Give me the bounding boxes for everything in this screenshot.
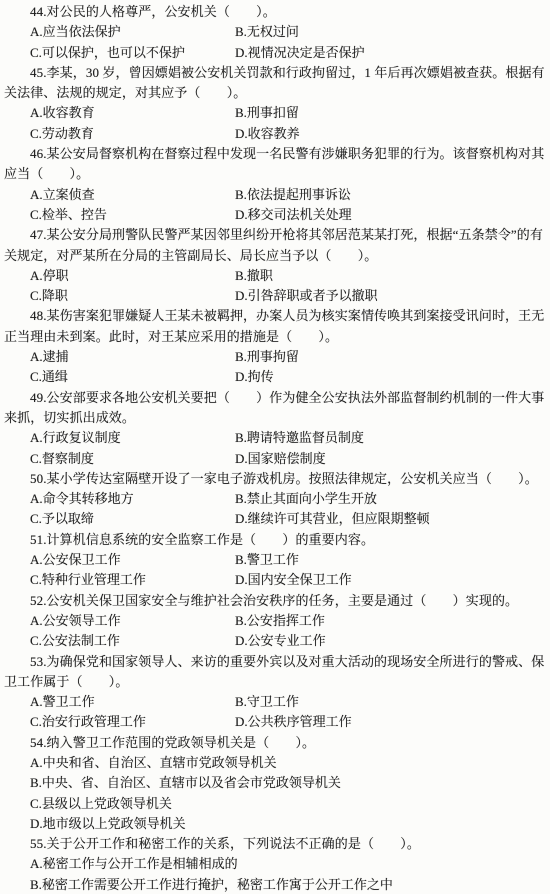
option-b: B.中央、省、自治区、直辖市以及省会市党政领导机关 <box>4 773 545 793</box>
option-a: A.应当依法保护 <box>30 22 235 42</box>
question-stem: 53.为确保党和国家领导人、来访的重要外宾以及对重大活动的现场安全所进行的警戒、… <box>4 652 545 693</box>
option-c: C.检举、控告 <box>30 205 235 225</box>
option-row: C.督察制度D.国家赔偿制度 <box>4 449 545 469</box>
option-a: A.立案侦查 <box>30 185 235 205</box>
option-b: B.秘密工作需要公开工作进行掩护，秘密工作寓于公开工作之中 <box>4 875 545 894</box>
option-row: C.通缉D.拘传 <box>4 367 545 387</box>
option-a: A.收容教育 <box>30 103 235 123</box>
option-a: A.警卫工作 <box>30 692 235 712</box>
question-stem: 44.对公民的人格尊严，公安机关（ ）。 <box>4 2 545 22</box>
option-c: C.县级以上党政领导机关 <box>4 794 545 814</box>
option-c: C.可以保护，也可以不保护 <box>30 43 235 63</box>
option-a: A.停职 <box>30 266 235 286</box>
option-c: C.劳动教育 <box>30 124 235 144</box>
option-row: C.劳动教育D.收容教养 <box>4 124 545 144</box>
option-c: C.督察制度 <box>30 449 235 469</box>
option-b: B.刑事拘留 <box>235 347 545 367</box>
option-d: D.国家赔偿制度 <box>235 449 545 469</box>
option-d: D.视情况决定是否保护 <box>235 43 545 63</box>
option-b: B.禁止其面向小学生开放 <box>235 489 545 509</box>
question-list: 44.对公民的人格尊严，公安机关（ ）。A.应当依法保护B.无权过问C.可以保护… <box>4 2 545 894</box>
option-d: D.收容教养 <box>235 124 545 144</box>
option-d: D.继续许可其营业，但应限期整顿 <box>235 509 545 529</box>
question-stem: 49.公安部要求各地公安机关要把（ ）作为健全公安执法外部监督制约机制的一件大事… <box>4 388 545 429</box>
option-row: C.降职D.引咎辞职或者予以撤职 <box>4 286 545 306</box>
option-row: C.公安法制工作D.公安专业工作 <box>4 631 545 651</box>
question-54: 54.纳入警卫工作范围的党政领导机关是（ ）。A.中央和省、自治区、直辖市党政领… <box>4 733 545 834</box>
question-55: 55.关于公开工作和秘密工作的关系，下列说法不正确的是（ ）。A.秘密工作与公开… <box>4 834 545 894</box>
option-a: A.命令其转移地方 <box>30 489 235 509</box>
option-b: B.公安指挥工作 <box>235 611 545 631</box>
option-row: C.可以保护，也可以不保护D.视情况决定是否保护 <box>4 43 545 63</box>
question-45: 45.李某，30 岁，曾因嫖娼被公安机关罚款和行政拘留过，1 年后再次嫖娼被查获… <box>4 63 545 144</box>
question-48: 48.某伤害案犯罪嫌疑人王某未被羁押，办案人员为核实案情传唤其到案接受讯问时，王… <box>4 306 545 387</box>
option-row: A.命令其转移地方B.禁止其面向小学生开放 <box>4 489 545 509</box>
option-row: A.行政复议制度B.聘请特邀监督员制度 <box>4 428 545 448</box>
option-row: A.警卫工作B.守卫工作 <box>4 692 545 712</box>
option-c: C.予以取缔 <box>30 509 235 529</box>
option-c: C.特种行业管理工作 <box>30 570 235 590</box>
option-row: A.应当依法保护B.无权过问 <box>4 22 545 42</box>
option-row: A.立案侦查B.依法提起刑事诉讼 <box>4 185 545 205</box>
question-49: 49.公安部要求各地公安机关要把（ ）作为健全公安执法外部监督制约机制的一件大事… <box>4 388 545 469</box>
option-a: A.秘密工作与公开工作是相辅相成的 <box>4 854 545 874</box>
option-b: B.无权过问 <box>235 22 545 42</box>
option-a: A.逮捕 <box>30 347 235 367</box>
question-47: 47.某公安分局刑警队民警严某因邻里纠纷开枪将其邻居范某某打死，根据“五条禁令”… <box>4 225 545 306</box>
question-stem: 51.计算机信息系统的安全监察工作是（ ）的重要内容。 <box>4 530 545 550</box>
option-row: C.检举、控告D.移交司法机关处理 <box>4 205 545 225</box>
question-44: 44.对公民的人格尊严，公安机关（ ）。A.应当依法保护B.无权过问C.可以保护… <box>4 2 545 63</box>
option-c: C.公安法制工作 <box>30 631 235 651</box>
option-row: C.治安行政管理工作D.公共秩序管理工作 <box>4 712 545 732</box>
option-b: B.撤职 <box>235 266 545 286</box>
option-row: A.公安领导工作B.公安指挥工作 <box>4 611 545 631</box>
option-d: D.公共秩序管理工作 <box>235 712 545 732</box>
question-stem: 54.纳入警卫工作范围的党政领导机关是（ ）。 <box>4 733 545 753</box>
option-d: D.地市级以上党政领导机关 <box>4 814 545 834</box>
option-row: A.逮捕B.刑事拘留 <box>4 347 545 367</box>
question-stem: 46.某公安局督察机构在督察过程中发现一名民警有涉嫌职务犯罪的行为。该督察机构对… <box>4 144 545 185</box>
option-d: D.拘传 <box>235 367 545 387</box>
option-d: D.引咎辞职或者予以撤职 <box>235 286 545 306</box>
option-b: B.警卫工作 <box>235 550 545 570</box>
question-stem: 45.李某，30 岁，曾因嫖娼被公安机关罚款和行政拘留过，1 年后再次嫖娼被查获… <box>4 63 545 104</box>
option-a: A.中央和省、自治区、直辖市党政领导机关 <box>4 753 545 773</box>
option-c: C.治安行政管理工作 <box>30 712 235 732</box>
question-50: 50.某小学传达室隔壁开设了一家电子游戏机房。按照法律规定，公安机关应当（ ）。… <box>4 469 545 530</box>
option-d: D.公安专业工作 <box>235 631 545 651</box>
question-stem: 47.某公安分局刑警队民警严某因邻里纠纷开枪将其邻居范某某打死，根据“五条禁令”… <box>4 225 545 266</box>
question-stem: 48.某伤害案犯罪嫌疑人王某未被羁押，办案人员为核实案情传唤其到案接受讯问时，王… <box>4 306 545 347</box>
question-53: 53.为确保党和国家领导人、来访的重要外宾以及对重大活动的现场安全所进行的警戒、… <box>4 652 545 733</box>
option-c: C.降职 <box>30 286 235 306</box>
option-b: B.依法提起刑事诉讼 <box>235 185 545 205</box>
option-row: A.收容教育B.刑事扣留 <box>4 103 545 123</box>
scanned-exam-page: 44.对公民的人格尊严，公安机关（ ）。A.应当依法保护B.无权过问C.可以保护… <box>0 0 550 894</box>
option-b: B.聘请特邀监督员制度 <box>235 428 545 448</box>
option-row: C.特种行业管理工作D.国内安全保卫工作 <box>4 570 545 590</box>
option-a: A.公安保卫工作 <box>30 550 235 570</box>
option-a: A.公安领导工作 <box>30 611 235 631</box>
option-d: D.国内安全保卫工作 <box>235 570 545 590</box>
question-51: 51.计算机信息系统的安全监察工作是（ ）的重要内容。A.公安保卫工作B.警卫工… <box>4 530 545 591</box>
option-d: D.移交司法机关处理 <box>235 205 545 225</box>
question-stem: 52.公安机关保卫国家安全与维护社会治安秩序的任务，主要是通过（ ）实现的。 <box>4 591 545 611</box>
option-c: C.通缉 <box>30 367 235 387</box>
option-row: A.公安保卫工作B.警卫工作 <box>4 550 545 570</box>
option-b: B.刑事扣留 <box>235 103 545 123</box>
option-a: A.行政复议制度 <box>30 428 235 448</box>
question-stem: 55.关于公开工作和秘密工作的关系，下列说法不正确的是（ ）。 <box>4 834 545 854</box>
question-52: 52.公安机关保卫国家安全与维护社会治安秩序的任务，主要是通过（ ）实现的。A.… <box>4 591 545 652</box>
option-row: A.停职B.撤职 <box>4 266 545 286</box>
question-stem: 50.某小学传达室隔壁开设了一家电子游戏机房。按照法律规定，公安机关应当（ ）。 <box>4 469 545 489</box>
question-46: 46.某公安局督察机构在督察过程中发现一名民警有涉嫌职务犯罪的行为。该督察机构对… <box>4 144 545 225</box>
option-b: B.守卫工作 <box>235 692 545 712</box>
option-row: C.予以取缔D.继续许可其营业，但应限期整顿 <box>4 509 545 529</box>
